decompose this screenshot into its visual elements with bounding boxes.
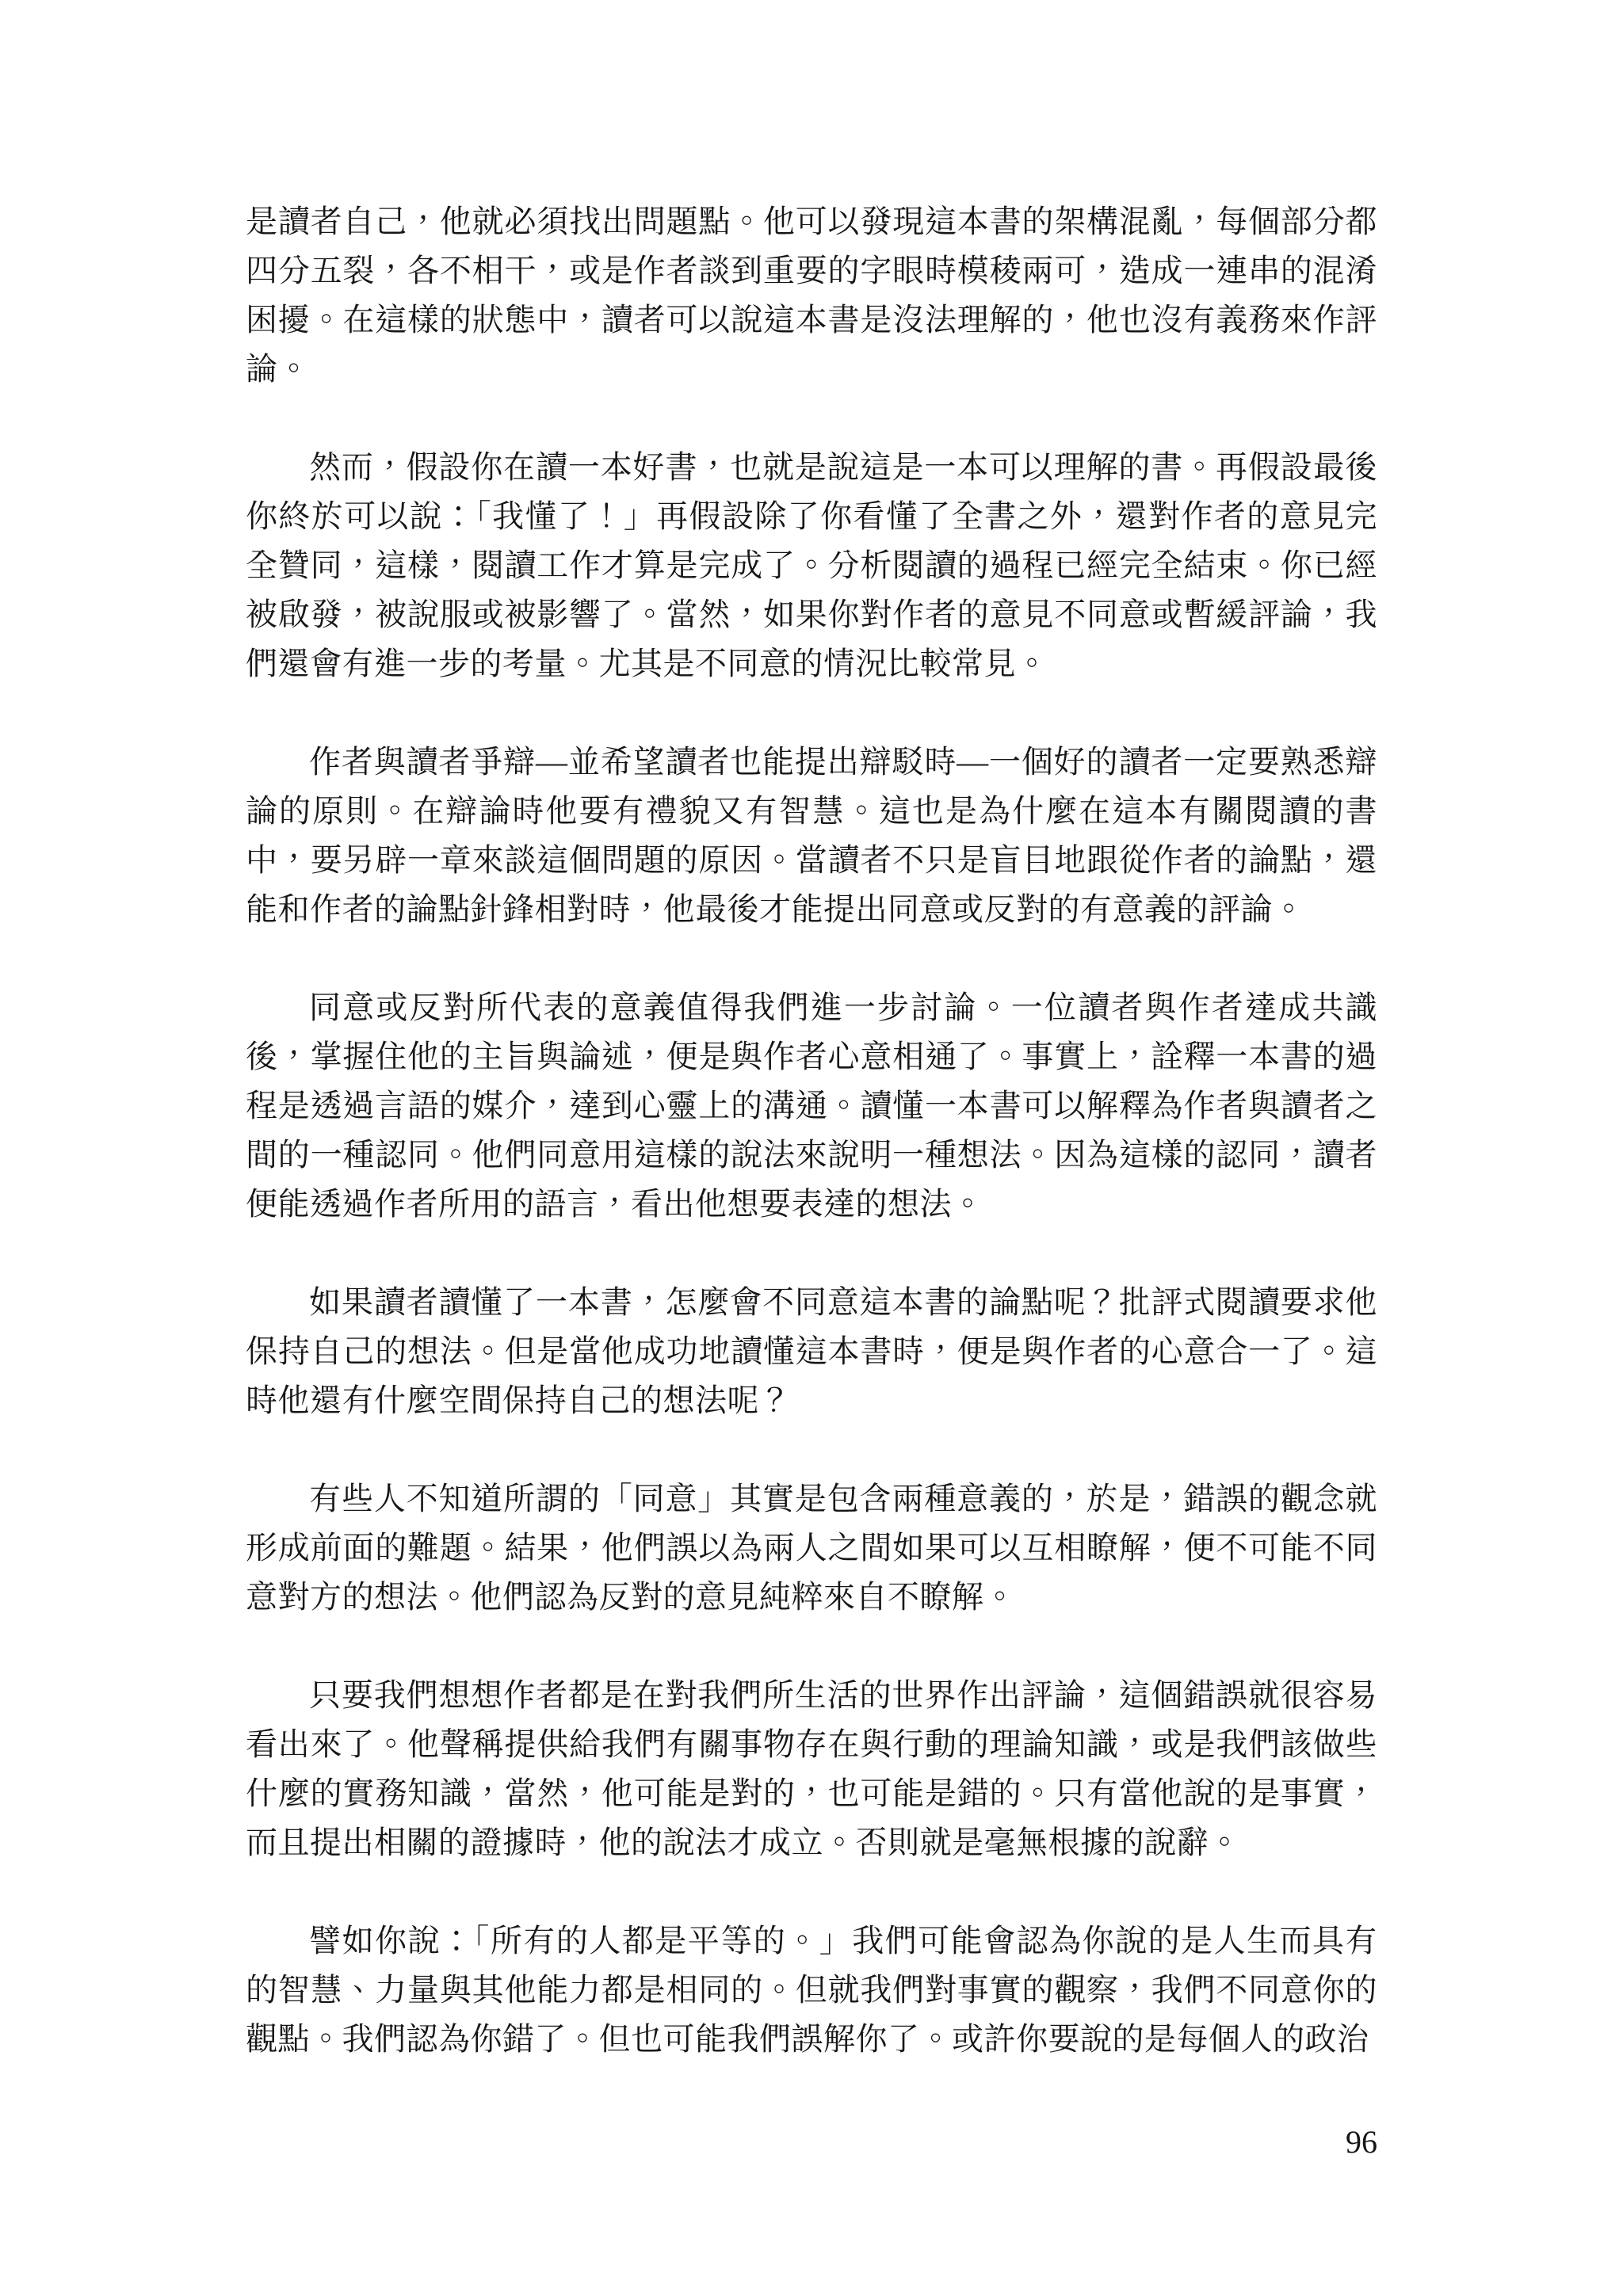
paragraph: 只要我們想想作者都是在對我們所生活的世界作出評論，這個錯誤就很容易看出來了。他聲… bbox=[246, 1671, 1377, 1867]
paragraph: 是讀者自己，他就必須找出問題點。他可以發現這本書的架構混亂，每個部分都四分五裂，… bbox=[246, 197, 1377, 394]
paragraph: 然而，假設你在讀一本好書，也就是說這是一本可以理解的書。再假設最後你終於可以說：… bbox=[246, 443, 1377, 688]
document-page: 是讀者自己，他就必須找出問題點。他可以發現這本書的架構混亂，每個部分都四分五裂，… bbox=[0, 0, 1623, 2296]
page-number: 96 bbox=[246, 2118, 1377, 2167]
paragraph: 作者與讀者爭辯—並希望讀者也能提出辯駁時—一個好的讀者一定要熟悉辯論的原則。在辯… bbox=[246, 738, 1377, 934]
paragraph: 同意或反對所代表的意義值得我們進一步討論。一位讀者與作者達成共識後，掌握住他的主… bbox=[246, 983, 1377, 1229]
paragraph: 有些人不知道所謂的「同意」其實是包含兩種意義的，於是，錯誤的觀念就形成前面的難題… bbox=[246, 1474, 1377, 1622]
paragraph: 如果讀者讀懂了一本書，怎麼會不同意這本書的論點呢？批評式閱讀要求他保持自己的想法… bbox=[246, 1278, 1377, 1425]
body-text: 是讀者自己，他就必須找出問題點。他可以發現這本書的架構混亂，每個部分都四分五裂，… bbox=[246, 197, 1377, 2064]
paragraph: 譬如你說：「所有的人都是平等的。」我們可能會認為你說的是人生而具有的智慧、力量與… bbox=[246, 1917, 1377, 2064]
